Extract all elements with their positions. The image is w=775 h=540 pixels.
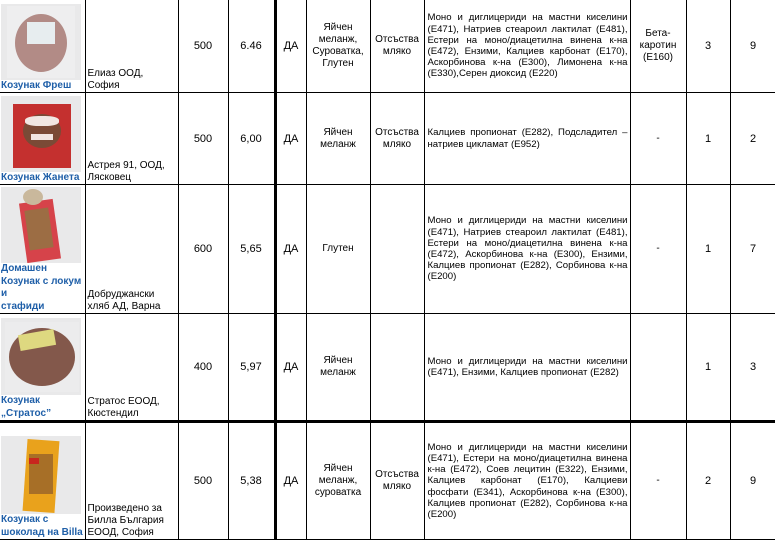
colorant: -	[630, 93, 686, 185]
additives: Моно и диглицериди на мастни киселини (Е…	[424, 0, 630, 93]
table-row: Козунак Жанета Астрея 91, ООД, Лясковец …	[0, 93, 775, 185]
price: 5,97	[228, 314, 275, 422]
colorant: -	[630, 185, 686, 314]
table-row: Козунак Фреш Елиаз ООД, София 500 6.46 Д…	[0, 0, 775, 93]
allergens: Яйчен меланж	[306, 314, 370, 422]
product-cell: Козунак Фреш	[0, 0, 85, 93]
count-a: 3	[686, 0, 730, 93]
absence: Отсъства мляко	[370, 93, 424, 185]
table-row: Козунак с шоколад на Billa Произведено з…	[0, 422, 775, 539]
count-a: 1	[686, 314, 730, 422]
absence	[370, 314, 424, 422]
product-cell: Домашен Козунак с локум и стафиди	[0, 185, 85, 314]
count-b: 7	[730, 185, 775, 314]
producer: Астрея 91, ООД, Лясковец	[85, 93, 178, 185]
flag: ДА	[275, 422, 306, 539]
weight: 400	[178, 314, 228, 422]
colorant: -	[630, 422, 686, 539]
additives: Моно и диглицериди на мастни киселини (Е…	[424, 422, 630, 539]
weight: 500	[178, 422, 228, 539]
count-a: 1	[686, 93, 730, 185]
absence: Отсъства мляко	[370, 422, 424, 539]
count-a: 2	[686, 422, 730, 539]
allergens: Яйчен меланж, суроватка	[306, 422, 370, 539]
weight: 500	[178, 93, 228, 185]
colorant: Бета-каротин (Е160)	[630, 0, 686, 93]
count-b: 9	[730, 0, 775, 93]
producer: Добруджански хляб АД, Варна	[85, 185, 178, 314]
count-b: 2	[730, 93, 775, 185]
producer: Елиаз ООД, София	[85, 0, 178, 93]
allergens: Глутен	[306, 185, 370, 314]
flag: ДА	[275, 0, 306, 93]
table-row: Домашен Козунак с локум и стафиди Добруд…	[0, 185, 775, 314]
product-cell: Козунак Жанета	[0, 93, 85, 185]
allergens: Яйчен меланж	[306, 93, 370, 185]
product-name-link[interactable]: Козунак Фреш	[0, 80, 85, 93]
producer: Стратос ЕООД, Кюстендил	[85, 314, 178, 422]
flag: ДА	[275, 314, 306, 422]
count-a: 1	[686, 185, 730, 314]
product-name-link[interactable]: Домашен Козунак с локум и стафиди	[0, 263, 85, 313]
product-comparison-table: Козунак Фреш Елиаз ООД, София 500 6.46 Д…	[0, 0, 775, 538]
additives: Моно и диглицериди на мастни киселини (Е…	[424, 185, 630, 314]
kozunak-stratos-photo	[1, 318, 81, 395]
product-cell: Козунак с шоколад на Billa	[0, 422, 85, 539]
producer: Произведено за Билла България ЕООД, Софи…	[85, 422, 178, 539]
price: 6,00	[228, 93, 275, 185]
absence: Отсъства мляко	[370, 0, 424, 93]
additives: Моно и диглицериди на мастни киселини (Е…	[424, 314, 630, 422]
additives: Калциев пропионат (Е282), Подсладител – …	[424, 93, 630, 185]
absence	[370, 185, 424, 314]
colorant	[630, 314, 686, 422]
weight: 600	[178, 185, 228, 314]
table-row: Козунак „Стратос” Стратос ЕООД, Кюстенди…	[0, 314, 775, 422]
price: 6.46	[228, 0, 275, 93]
weight: 500	[178, 0, 228, 93]
kozunak-billa-photo	[1, 436, 81, 514]
price: 5,38	[228, 422, 275, 539]
product-name-link[interactable]: Козунак с шоколад на Billa	[0, 514, 85, 538]
product-cell: Козунак „Стратос”	[0, 314, 85, 422]
count-b: 9	[730, 422, 775, 539]
allergens: Яйчен меланж, Суроватка, Глутен	[306, 0, 370, 93]
flag: ДА	[275, 93, 306, 185]
product-name-link[interactable]: Козунак „Стратос”	[0, 395, 85, 420]
kozunak-zhaneta-photo	[1, 96, 81, 172]
domashen-kozunak-photo	[1, 187, 81, 263]
kozunak-fresh-photo	[1, 4, 81, 80]
count-b: 3	[730, 314, 775, 422]
product-name-link[interactable]: Козунак Жанета	[0, 172, 85, 185]
flag: ДА	[275, 185, 306, 314]
price: 5,65	[228, 185, 275, 314]
